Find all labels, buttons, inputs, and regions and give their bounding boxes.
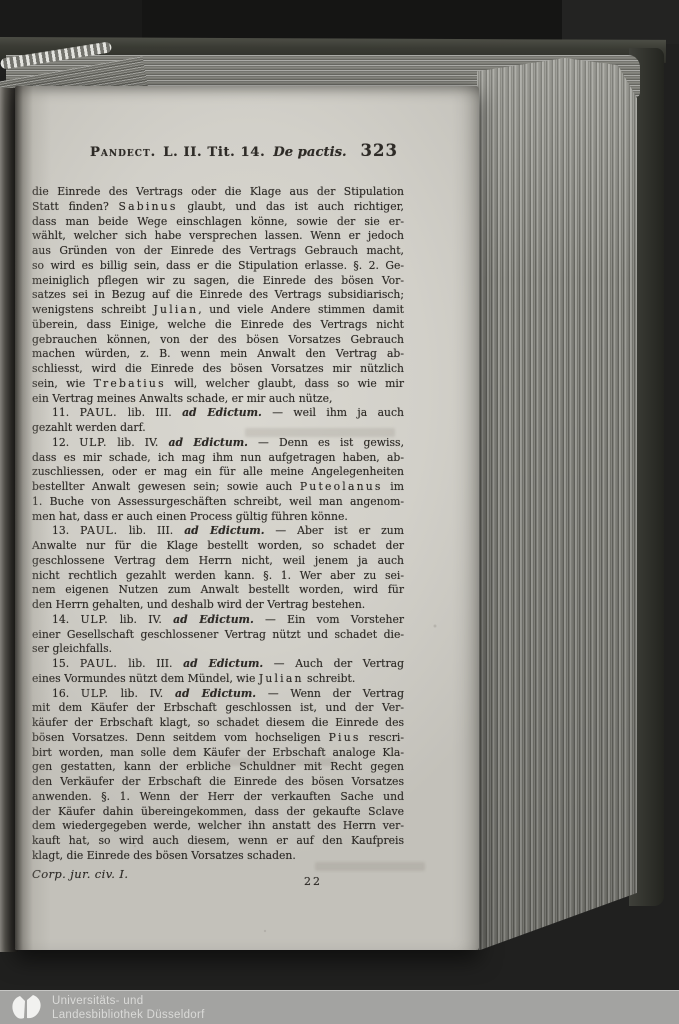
text-line: dass es mir schade, ich mag ihm nun aufg…: [32, 451, 404, 466]
text-segment: men hat, dass er auch einen Process gült…: [32, 510, 348, 523]
text-line: gebrauchen können, von der des bösen Vor…: [32, 333, 404, 348]
text-line: 1. Buche von Assessurgeschäften schreibt…: [32, 495, 404, 510]
text-line: der Käufer dahin übereingekommen, dass d…: [32, 805, 404, 820]
text-segment: ULP.: [81, 687, 109, 700]
text-line: eines Vormundes nützt dem Mündel, wie Ju…: [32, 672, 404, 687]
background-shadow-left: [0, 0, 142, 40]
text-segment: birt worden, man solle dem Käufer der Er…: [32, 746, 404, 759]
text-line: 12. ULP. lib. IV. ad Edictum. — Denn es …: [32, 436, 404, 451]
text-segment: einer Gesellschaft geschlossener Vertrag…: [32, 628, 404, 641]
library-name: Universitäts- und Landesbibliothek Düsse…: [52, 994, 205, 1022]
text-segment: Sabinus: [119, 200, 178, 213]
text-line: gen gestatten, kann der erbliche Schuldn…: [32, 760, 404, 775]
text-line: birt worden, man solle dem Käufer der Er…: [32, 746, 404, 761]
text-segment: der Käufer dahin übereingekommen, dass d…: [32, 805, 404, 818]
text-segment: — weil ihm ja auch: [262, 406, 404, 419]
text-segment: bösen Vorsatzes. Denn seitdem vom hochse…: [32, 731, 329, 744]
text-segment: die Einrede des Vertrags oder die Klage …: [32, 185, 404, 198]
text-segment: ad Edictum.: [168, 436, 247, 449]
text-line: Anwalte nur für die Klage bestellt worde…: [32, 539, 404, 554]
text-segment: käufer der Erbschaft klagt, so schadet d…: [32, 716, 404, 729]
text-line: den Herrn gehalten, und deshalb wird der…: [32, 598, 404, 613]
library-logo-icon: [9, 994, 43, 1022]
running-head: Pandect. L. II. Tit. 14. De pactis. 323: [32, 142, 404, 162]
text-segment: überein, dass Einige, welche die Einrede…: [32, 318, 404, 331]
text-segment: Anwalte nur für die Klage bestellt worde…: [32, 539, 404, 552]
text-segment: 12.: [52, 436, 79, 449]
text-segment: Puteolanus: [300, 480, 383, 493]
text-segment: PAUL.: [80, 657, 118, 670]
text-segment: gezahlt werden darf.: [32, 421, 146, 434]
text-line: sein, wie Trebatius will, welcher glaubt…: [32, 377, 404, 392]
text-segment: lib. IV.: [109, 687, 175, 700]
text-segment: geschlossene Vertrag dem Herrn nicht, we…: [32, 554, 404, 567]
page-number: 323: [361, 142, 404, 160]
text-line: aus Gründen von der Einrede des Vertrags…: [32, 244, 404, 259]
text-segment: kauft hat, so wird auch diesem, wenn er …: [32, 834, 404, 847]
text-segment: lib. III.: [118, 524, 184, 537]
text-line: 14. ULP. lib. IV. ad Edictum. — Ein vom …: [32, 613, 404, 628]
text-line: mit dem Käufer der Erbschaft geschlossen…: [32, 701, 404, 716]
text-segment: — Aber ist er zum: [264, 524, 404, 537]
text-segment: den Verkäufer der Erbschaft die Einrede …: [32, 775, 404, 788]
book-page: Pandect. L. II. Tit. 14. De pactis. 323 …: [15, 86, 479, 950]
text-segment: den Herrn gehalten, und deshalb wird der…: [32, 598, 365, 611]
text-line: bestellter Anwalt gewesen sein; sowie au…: [32, 480, 404, 495]
text-line: dem wiedergegeben werde, welcher ihn ans…: [32, 819, 404, 834]
text-segment: meiniglich pflegen wir zu sagen, die Ein…: [32, 274, 404, 287]
text-segment: sein, wie: [32, 377, 94, 390]
text-segment: PAUL.: [80, 406, 118, 419]
text-segment: ULP.: [80, 613, 108, 626]
text-segment: , und viele Andere stimmen damit: [198, 303, 404, 316]
text-line: so wird es billig sein, dass er die Stip…: [32, 259, 404, 274]
running-head-locus: L. II. Tit. 14.: [163, 144, 265, 162]
text-segment: glaubt, und das ist auch richtiger,: [178, 200, 404, 213]
text-line: ser gleichfalls.: [32, 642, 404, 657]
text-segment: dass es mir schade, ich mag ihm nun aufg…: [32, 451, 404, 464]
running-head-work: Pandect.: [90, 144, 156, 162]
text-segment: Julian: [154, 303, 199, 316]
text-line: ein Vertrag meines Anwalts schade, er mi…: [32, 392, 404, 407]
text-line: den Verkäufer der Erbschaft die Einrede …: [32, 775, 404, 790]
text-segment: PAUL.: [80, 524, 118, 537]
text-segment: 14.: [52, 613, 80, 626]
text-segment: zuschliessen, oder er mag ein für alle m…: [32, 465, 404, 478]
text-segment: dem wiedergegeben werde, welcher ihn ans…: [32, 819, 404, 832]
text-line: 11. PAUL. lib. III. ad Edictum. — weil i…: [32, 406, 404, 421]
text-line: 13. PAUL. lib. III. ad Edictum. — Aber i…: [32, 524, 404, 539]
background-shadow-center: [142, 0, 562, 40]
text-line: wenigstens schreibt Julian, und viele An…: [32, 303, 404, 318]
text-segment: so wird es billig sein, dass er die Stip…: [32, 259, 404, 272]
printed-text-column: Pandect. L. II. Tit. 14. De pactis. 323 …: [32, 142, 404, 897]
text-line: geschlossene Vertrag dem Herrn nicht, we…: [32, 554, 404, 569]
text-segment: 15.: [52, 657, 80, 670]
text-segment: lib. IV.: [107, 436, 168, 449]
text-segment: mit dem Käufer der Erbschaft geschlossen…: [32, 701, 404, 714]
text-segment: im: [383, 480, 404, 493]
text-segment: schliesst, wird die Einrede des bösen Vo…: [32, 362, 404, 375]
text-segment: rescri-: [361, 731, 404, 744]
book-fore-edge-pages: [477, 58, 637, 950]
text-segment: ad Edictum.: [184, 524, 264, 537]
text-segment: — Denn es ist gewiss,: [248, 436, 404, 449]
text-line: machen würden, z. B. wenn mein Anwalt de…: [32, 347, 404, 362]
text-segment: ad Edictum.: [183, 657, 263, 670]
text-segment: Pius: [329, 731, 361, 744]
text-segment: Julian: [259, 672, 304, 685]
text-segment: nem eigenen Nutzen zum Anwalt bestellt w…: [32, 583, 404, 596]
text-segment: anwenden. §. 1. Wenn der Herr der verkau…: [32, 790, 404, 803]
text-segment: ad Edictum.: [173, 613, 254, 626]
text-line: wählt, welcher sich habe versprechen las…: [32, 229, 404, 244]
text-segment: wenigstens schreibt: [32, 303, 154, 316]
text-segment: schreibt.: [304, 672, 356, 685]
text-segment: 16.: [52, 687, 81, 700]
text-segment: dass man beide Wege einschlagen könne, s…: [32, 215, 404, 228]
text-line: dass man beide Wege einschlagen könne, s…: [32, 215, 404, 230]
running-head-title: De pactis.: [273, 144, 346, 162]
text-line: zuschliessen, oder er mag ein für alle m…: [32, 465, 404, 480]
text-segment: lib. III.: [118, 657, 183, 670]
text-line: überein, dass Einige, welche die Einrede…: [32, 318, 404, 333]
text-segment: Trebatius: [94, 377, 166, 390]
text-segment: nicht rechtlich gezahlt werden kann. §. …: [32, 569, 404, 582]
text-line: einer Gesellschaft geschlossener Vertrag…: [32, 628, 404, 643]
text-line: kauft hat, so wird auch diesem, wenn er …: [32, 834, 404, 849]
text-segment: ein Vertrag meines Anwalts schade, er mi…: [32, 392, 332, 405]
library-name-line2: Landesbibliothek Düsseldorf: [52, 1008, 205, 1022]
text-line: Statt finden? Sabinus glaubt, und das is…: [32, 200, 404, 215]
text-line: klagt, die Einrede des bösen Vorsatzes s…: [32, 849, 404, 864]
body-text: die Einrede des Vertrags oder die Klage …: [32, 185, 404, 864]
text-segment: Statt finden?: [32, 200, 119, 213]
text-line: käufer der Erbschaft klagt, so schadet d…: [32, 716, 404, 731]
text-segment: — Wenn der Vertrag: [256, 687, 404, 700]
text-segment: ad Edictum.: [175, 687, 256, 700]
text-line: nem eigenen Nutzen zum Anwalt bestellt w…: [32, 583, 404, 598]
text-line: bösen Vorsatzes. Denn seitdem vom hochse…: [32, 731, 404, 746]
book-scan-viewport: Pandect. L. II. Tit. 14. De pactis. 323 …: [0, 0, 679, 1024]
text-segment: — Ein vom Vorsteher: [254, 613, 404, 626]
text-segment: aus Gründen von der Einrede des Vertrags…: [32, 244, 404, 257]
text-segment: will, welcher glaubt, dass so wie mir: [166, 377, 404, 390]
text-segment: — Auch der Vertrag: [263, 657, 404, 670]
volume-signature: Corp. jur. civ. I.: [32, 867, 128, 881]
text-segment: bestellter Anwalt gewesen sein; sowie au…: [32, 480, 300, 493]
library-watermark-bar: Universitäts- und Landesbibliothek Düsse…: [0, 990, 679, 1024]
sheet-number: 22: [304, 875, 322, 888]
text-segment: klagt, die Einrede des bösen Vorsatzes s…: [32, 849, 296, 862]
text-segment: ser gleichfalls.: [32, 642, 112, 655]
text-segment: satzes sei in Bezug auf die Einrede des …: [32, 288, 404, 301]
text-segment: ad Edictum.: [182, 406, 262, 419]
text-segment: ULP.: [79, 436, 107, 449]
text-segment: machen würden, z. B. wenn mein Anwalt de…: [32, 347, 404, 360]
background-shadow-right: [562, 0, 679, 44]
text-segment: 11.: [52, 406, 80, 419]
text-line: meiniglich pflegen wir zu sagen, die Ein…: [32, 274, 404, 289]
text-segment: 1. Buche von Assessurgeschäften schreibt…: [32, 495, 404, 508]
text-line: anwenden. §. 1. Wenn der Herr der verkau…: [32, 790, 404, 805]
text-segment: eines Vormundes nützt dem Mündel, wie: [32, 672, 259, 685]
library-name-line1: Universitäts- und: [52, 994, 205, 1008]
text-segment: gen gestatten, kann der erbliche Schuldn…: [32, 760, 404, 773]
text-line: nicht rechtlich gezahlt werden kann. §. …: [32, 569, 404, 584]
text-line: men hat, dass er auch einen Process gült…: [32, 510, 404, 525]
text-segment: 13.: [52, 524, 80, 537]
text-line: 15. PAUL. lib. III. ad Edictum. — Auch d…: [32, 657, 404, 672]
text-line: satzes sei in Bezug auf die Einrede des …: [32, 288, 404, 303]
text-line: 16. ULP. lib. IV. ad Edictum. — Wenn der…: [32, 687, 404, 702]
text-line: gezahlt werden darf.: [32, 421, 404, 436]
text-line: schliesst, wird die Einrede des bösen Vo…: [32, 362, 404, 377]
text-segment: lib. IV.: [108, 613, 173, 626]
page-footer: Corp. jur. civ. I. 22: [32, 867, 404, 897]
text-segment: wählt, welcher sich habe versprechen las…: [32, 229, 404, 242]
text-segment: gebrauchen können, von der des bösen Vor…: [32, 333, 404, 346]
text-segment: lib. III.: [117, 406, 182, 419]
text-line: die Einrede des Vertrags oder die Klage …: [32, 185, 404, 200]
